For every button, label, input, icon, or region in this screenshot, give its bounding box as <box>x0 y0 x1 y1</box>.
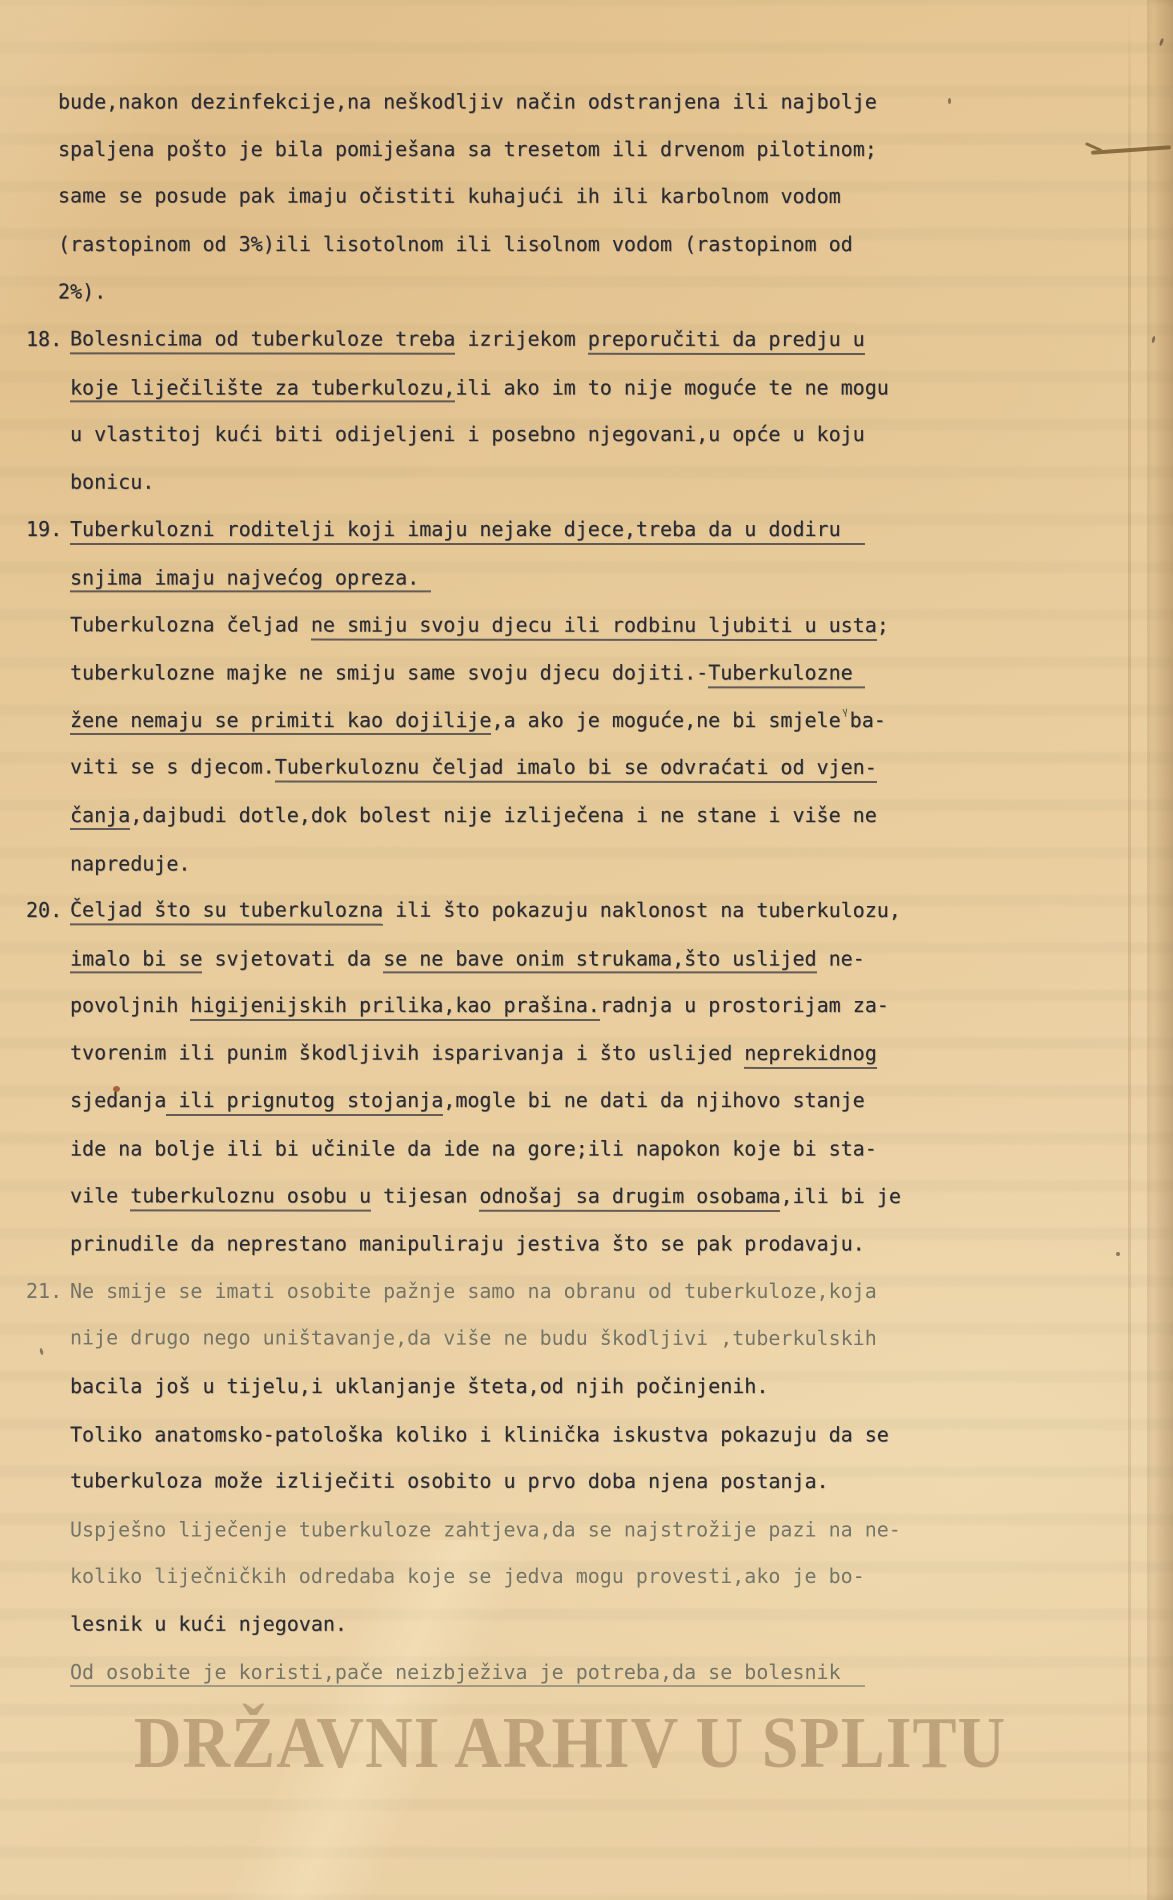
text-line: napreduje. <box>0 840 1173 888</box>
text-line: same se posude pak imaju očistiti kuhaju… <box>0 173 1173 221</box>
typewritten-text: bude,nakon dezinfekcije,na neškodljiv na… <box>0 78 1173 1696</box>
text-line: Od osobite je koristi,pače neizbježiva j… <box>0 1649 1173 1697</box>
text-line: Toliko anatomsko-patološka koliko i klin… <box>0 1411 1173 1459</box>
text-line: prinudile da neprestano manipuliraju jes… <box>0 1220 1173 1268</box>
text-line: bude,nakon dezinfekcije,na neškodljiv na… <box>0 78 1173 126</box>
text-line: imalo bi se svjetovati da se ne bave oni… <box>0 935 1173 983</box>
text-line: 19.Tuberkulozni roditelji koji imaju nej… <box>0 506 1173 554</box>
text-line: tvorenim ili punim škodljivih isparivanj… <box>0 1030 1173 1078</box>
text-line: u vlastitoj kući biti odijeljeni i poseb… <box>0 411 1173 459</box>
text-line: koliko liječničkih odredaba koje se jedv… <box>0 1553 1173 1601</box>
text-line: povoljnih higijenijskih prilika,kao praš… <box>0 982 1173 1030</box>
archive-watermark: DRŽAVNI ARHIV U SPLITU <box>0 1702 1140 1786</box>
text-line: spaljena pošto je bila pomiješana sa tre… <box>0 126 1173 174</box>
ink-dot <box>113 1086 120 1092</box>
text-line: 20.Čeljad što su tuberkulozna ili što po… <box>0 887 1173 935</box>
item-number: 20. <box>26 887 62 935</box>
document-page: bude,nakon dezinfekcije,na neškodljiv na… <box>0 0 1173 1900</box>
text-line: lesnik u kući njegovan. <box>0 1601 1173 1649</box>
text-line: bacila još u tijelu,i uklanjanje šteta,o… <box>0 1363 1173 1411</box>
paper-speck <box>1159 38 1165 47</box>
text-line: viti se s djecom.Tuberkuloznu čeljad ima… <box>0 744 1173 792</box>
paper-speck <box>948 98 951 104</box>
text-line: nije drugo nego uništavanje,da više ne b… <box>0 1315 1173 1363</box>
text-line: ide na bolje ili bi učinile da ide na go… <box>0 1125 1173 1173</box>
item-number: 18. <box>26 316 62 364</box>
text-line: (rastopinom od 3%)ili lisotolnom ili lis… <box>0 221 1173 269</box>
paper-speck <box>1116 1252 1120 1256</box>
text-line: čanja,dajbudi dotle,dok bolest nije izli… <box>0 792 1173 840</box>
text-line: Tuberkulozna čeljad ne smiju svoju djecu… <box>0 602 1173 650</box>
text-line: sjedanja ili prignutog stojanja,mogle bi… <box>0 1077 1173 1125</box>
text-line: snjima imaju najvećog opreza. <box>0 554 1173 602</box>
text-line: 21.Ne smije se imati osobite pažnje samo… <box>0 1268 1173 1316</box>
item-number: 19. <box>26 506 62 554</box>
text-line: 2%). <box>0 268 1173 316</box>
text-line: vile tuberkuloznu osobu u tijesan odnoša… <box>0 1173 1173 1221</box>
paper-speck <box>538 244 541 247</box>
item-number: 21. <box>26 1268 62 1316</box>
text-line: tuberkuloza može izliječiti osobito u pr… <box>0 1458 1173 1506</box>
text-line: bonicu. <box>0 459 1173 507</box>
text-line: koje liječilište za tuberkulozu,ili ako … <box>0 364 1173 412</box>
text-line: tuberkulozne majke ne smiju same svoju d… <box>0 649 1173 697</box>
text-line: žene nemaju se primiti kao dojilije,a ak… <box>0 697 1173 745</box>
text-line: Uspješno liječenje tuberkuloze zahtjeva,… <box>0 1506 1173 1554</box>
text-line: 18.Bolesnicima od tuberkuloze treba izri… <box>0 316 1173 364</box>
